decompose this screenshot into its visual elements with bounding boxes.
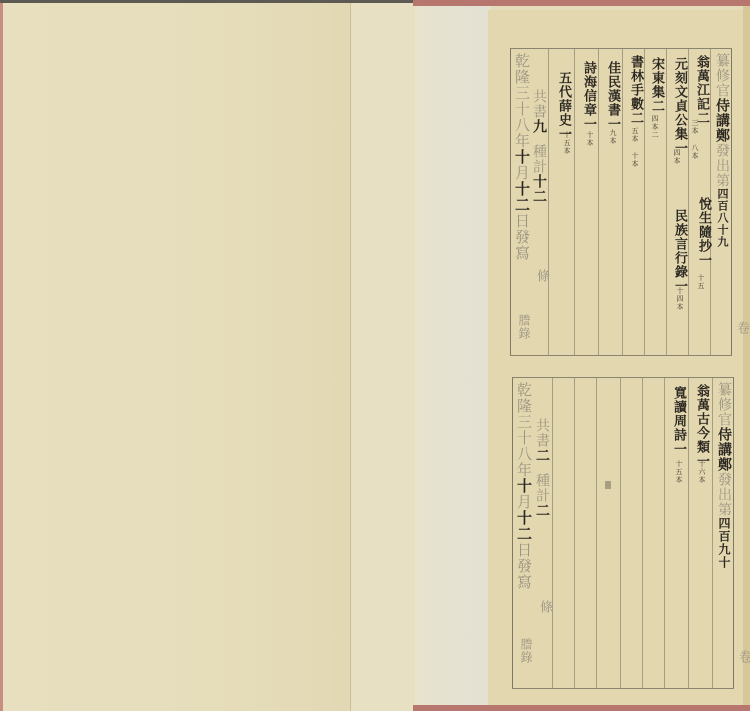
- month-label: 月: [513, 165, 531, 181]
- clerk-label: 條: [532, 269, 551, 283]
- mounting-strip: [415, 6, 490, 705]
- date-column: 乾隆三十八年十月十二日發寫: [514, 382, 535, 590]
- total-kinds: 二: [534, 503, 550, 518]
- date-day: 十二: [513, 181, 531, 213]
- volume-note: 五本 十本: [630, 127, 640, 168]
- silk-border-left: [0, 0, 3, 711]
- volume-note: 十五本: [674, 460, 684, 484]
- batch-number: 四百八十九: [716, 188, 729, 248]
- book-title: 民族言行錄: [672, 209, 687, 279]
- book-entry: 翁萬古今類一: [692, 384, 711, 468]
- volume-note: 九本: [608, 129, 618, 145]
- header-printed-prefix: 纂修官: [714, 53, 730, 98]
- book-entry: 書林手數二: [626, 55, 645, 125]
- date-column: 乾隆三十八年十月十二日發寫: [512, 53, 533, 261]
- book-title: 詩海信章: [581, 61, 596, 117]
- column-rule: [574, 49, 575, 355]
- header-printed-prefix: 纂修官: [716, 382, 732, 427]
- book-entry: 寬讀周詩一: [669, 386, 688, 456]
- kinds-label: 種計: [531, 144, 547, 174]
- book-title: 寬讀周詩: [671, 386, 686, 442]
- month-label: 月: [515, 494, 533, 510]
- column-rule: [664, 378, 665, 688]
- batch-number: 四百九十: [717, 517, 731, 569]
- fold-strip: [350, 3, 416, 711]
- book-count: 二: [649, 99, 664, 113]
- book-title: 悅生隨抄: [696, 197, 711, 253]
- book-title: 佳民漢書: [605, 61, 620, 117]
- volume-note: 四本二: [650, 115, 660, 139]
- book-count: 一: [581, 117, 596, 131]
- manuscript-scan: 纂修官侍講鄭發出第四百八十九 翁萬江記二 三本 八本 悅生隨抄一 十五 元刻文貞…: [0, 0, 750, 711]
- total-label: 共書: [531, 89, 547, 119]
- header-column: 纂修官侍講鄭發出第四百八十九: [712, 53, 732, 248]
- book-title: 翁萬江記: [694, 55, 709, 111]
- column-rule: [666, 49, 667, 355]
- record-label: 謄錄: [516, 314, 533, 340]
- header-printed-suffix: 發出第: [714, 143, 730, 188]
- book-title: 宋東集: [649, 57, 664, 99]
- volume-note: 三本 八本: [690, 119, 700, 160]
- corner-mark: 卷: [732, 321, 750, 335]
- book-count: 一: [696, 253, 711, 267]
- record-label: 謄錄: [518, 638, 535, 664]
- book-entry: 元刻文貞公集一: [670, 57, 689, 155]
- book-count: 一: [671, 442, 686, 456]
- column-rule: [622, 49, 623, 355]
- header-printed-suffix: 發出第: [716, 472, 732, 517]
- book-entry: 民族言行錄一: [670, 209, 689, 293]
- kinds-label: 種計: [534, 473, 550, 503]
- volume-note: 十五: [696, 274, 706, 290]
- total-books: 二: [534, 448, 550, 463]
- official-name: 侍講鄭: [714, 98, 730, 143]
- volume-note: 十本: [585, 131, 595, 147]
- total-label: 共書: [534, 418, 550, 448]
- date-printed: 乾隆三十八年: [513, 53, 531, 149]
- blank-left-leaf: [3, 3, 350, 711]
- clerk-label: 條: [535, 600, 554, 614]
- book-title: 書林手數: [628, 55, 643, 111]
- date-suffix: 日發寫: [513, 213, 531, 261]
- column-rule: [688, 378, 689, 688]
- mount-edge-right: [743, 6, 750, 705]
- volume-note: 四本: [672, 149, 682, 165]
- book-entry: 翁萬江記二: [692, 55, 711, 125]
- total-kinds: 十二: [531, 174, 547, 204]
- column-rule: [642, 378, 643, 688]
- column-rule: [620, 378, 621, 688]
- book-entry: 宋東集二: [647, 57, 666, 113]
- book-count: 二: [628, 111, 643, 125]
- official-name: 侍講鄭: [716, 427, 732, 472]
- column-rule: [712, 378, 713, 688]
- book-title: 翁萬古今類: [694, 384, 709, 454]
- seal-mark: [605, 481, 611, 489]
- corner-mark: 卷: [734, 650, 750, 664]
- frame-line: [512, 378, 513, 688]
- volume-note: 十五本: [562, 131, 572, 155]
- totals-column: 共書二種計二: [532, 418, 552, 518]
- column-rule: [598, 49, 599, 355]
- volume-note: 十六本: [697, 460, 707, 484]
- book-title: 五代薛史: [556, 71, 571, 127]
- book-entry: 詩海信章一: [579, 61, 598, 131]
- book-entry: 佳民漢書一: [603, 61, 622, 131]
- date-month: 十: [513, 149, 531, 165]
- silk-border-bottom: [413, 705, 750, 711]
- date-printed: 乾隆三十八年: [515, 382, 533, 478]
- book-entry: 悅生隨抄一: [694, 197, 713, 267]
- frame-line: [510, 49, 511, 355]
- volume-note: 十四本: [675, 287, 685, 311]
- total-books: 九: [531, 119, 547, 134]
- date-month: 十: [515, 478, 533, 494]
- date-suffix: 日發寫: [515, 542, 533, 590]
- silk-border-top: [413, 0, 750, 6]
- header-column: 纂修官侍講鄭發出第四百九十: [714, 382, 734, 569]
- book-title: 元刻文貞公集: [672, 57, 687, 141]
- register-form-upper: 纂修官侍講鄭發出第四百八十九 翁萬江記二 三本 八本 悅生隨抄一 十五 元刻文貞…: [510, 48, 732, 356]
- date-day: 十二: [515, 510, 533, 542]
- column-rule: [596, 378, 597, 688]
- column-rule: [552, 378, 553, 688]
- register-form-lower: 纂修官侍講鄭發出第四百九十 翁萬古今類一 十六本 寬讀周詩一 十五本 共書二種計…: [512, 377, 734, 689]
- column-rule: [574, 378, 575, 688]
